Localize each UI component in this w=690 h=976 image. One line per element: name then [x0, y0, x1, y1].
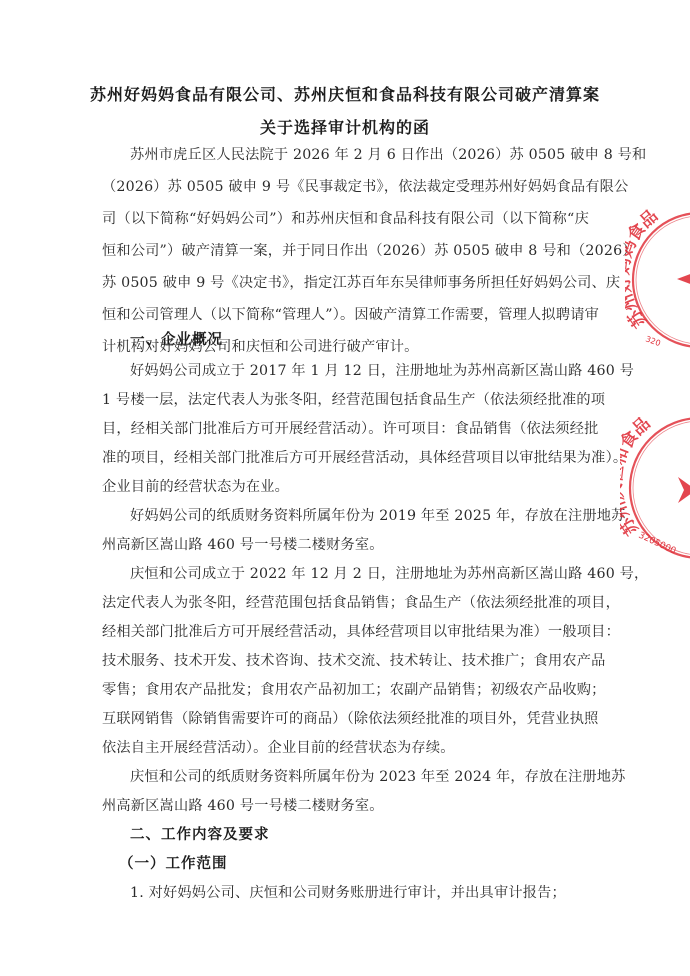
paragraph-1-line: 恒和公司管理人（以下简称“管理人”）。因破产清算工作需要，管理人拟聘请审	[102, 306, 589, 324]
paragraph-1-line: 司（以下简称“好妈妈公司”）和苏州庆恒和食品科技有限公司（以下简称“庆	[102, 210, 589, 228]
paragraph-5-line: 州高新区嵩山路 460 号一号楼二楼财务室。	[102, 797, 589, 815]
svg-text:3205000: 3205000	[637, 531, 678, 557]
document-title-line-1: 苏州好妈妈食品有限公司、苏州庆恒和食品科技有限公司破产清算案	[0, 82, 690, 105]
qinghenghe-company-seal-icon: 苏州庆恒和食品 3205000	[620, 415, 690, 565]
paragraph-1-line: 苏州市虎丘区人民法院于 2026 年 2 月 6 日作出（2026）苏 0505…	[130, 146, 589, 164]
haomama-company-seal-icon: 苏州好妈妈食品 320	[625, 205, 690, 355]
list-item-1: 1. 对好妈妈公司、庆恒和公司财务账册进行审计，并出具审计报告；	[130, 884, 589, 902]
paragraph-1-line: （2026）苏 0505 破申 9 号《民事裁定书》，依法裁定受理苏州好妈妈食品…	[102, 178, 589, 196]
document-page: 苏州好妈妈食品有限公司、苏州庆恒和食品科技有限公司破产清算案 关于选择审计机构的…	[0, 0, 690, 976]
section-1-heading: 一、企业概况	[130, 331, 223, 349]
paragraph-3-line: 好妈妈公司的纸质财务资料所属年份为 2019 年至 2025 年，存放在注册地苏	[130, 507, 589, 525]
paragraph-4-line: 技术服务、技术开发、技术咨询、技术交流、技术转让、技术推广；食用农产品	[102, 652, 589, 670]
paragraph-4-line: 零售；食用农产品批发；食用农产品初加工；农副产品销售；初级农产品收购；	[102, 681, 589, 699]
paragraph-1-line: 恒和公司”）破产清算一案，并于同日作出（2026）苏 0505 破申 8 号和（…	[102, 242, 589, 260]
paragraph-2-line: 目，经相关部门批准后方可开展经营活动）。许可项目：食品销售（依法须经批	[102, 420, 589, 438]
svg-text:苏州庆恒和食品: 苏州庆恒和食品	[620, 415, 655, 539]
document-title-line-2: 关于选择审计机构的函	[0, 115, 690, 138]
paragraph-2-line: 企业目前的经营状态为在业。	[102, 478, 589, 496]
paragraph-4-line: 依法自主开展经营活动）。企业目前的经营状态为存续。	[102, 739, 589, 757]
paragraph-4-line: 互联网销售（除销售需要许可的商品）（除依法须经批准的项目外，凭营业执照	[102, 710, 589, 728]
paragraph-5-line: 庆恒和公司的纸质财务资料所属年份为 2023 年至 2024 年，存放在注册地苏	[130, 768, 589, 786]
subsection-1-heading: （一）工作范围	[119, 855, 228, 873]
paragraph-3-line: 州高新区嵩山路 460 号一号楼二楼财务室。	[102, 536, 589, 554]
paragraph-4-line: 庆恒和公司成立于 2022 年 12 月 2 日，注册地址为苏州高新区嵩山路 4…	[130, 565, 589, 583]
paragraph-1-line: 苏 0505 破申 9 号《决定书》，指定江苏百年东吴律师事务所担任好妈妈公司、…	[102, 274, 589, 292]
paragraph-4-line: 经相关部门批准后方可开展经营活动，具体经营项目以审批结果为准）一般项目：	[102, 623, 589, 641]
section-2-heading: 二、工作内容及要求	[130, 826, 270, 844]
svg-text:320: 320	[644, 334, 661, 348]
svg-text:苏州好妈妈食品: 苏州好妈妈食品	[625, 206, 662, 332]
paragraph-2-line: 准的项目，经相关部门批准后方可开展经营活动，具体经营项目以审批结果为准）。	[102, 449, 589, 467]
paragraph-2-line: 好妈妈公司成立于 2017 年 1 月 12 日，注册地址为苏州高新区嵩山路 4…	[130, 362, 589, 380]
paragraph-4-line: 法定代表人为张冬阳，经营范围包括食品销售；食品生产（依法须经批准的项目，	[102, 594, 589, 612]
paragraph-2-line: 1 号楼一层，法定代表人为张冬阳，经营范围包括食品生产（依法须经批准的项	[102, 391, 589, 409]
